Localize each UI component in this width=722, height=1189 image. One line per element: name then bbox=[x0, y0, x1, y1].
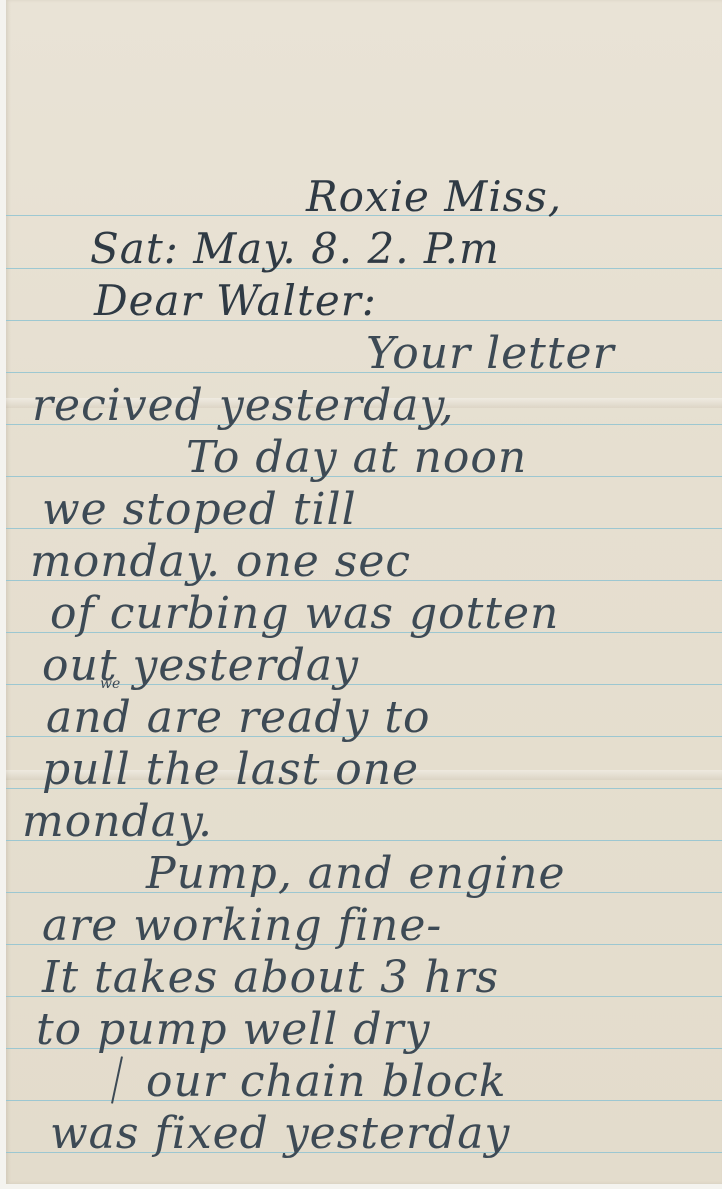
letter-line: to pump well dry bbox=[36, 1008, 430, 1052]
letter-line: Your letter bbox=[366, 332, 615, 376]
letter-line: of curbing was gotten bbox=[50, 592, 559, 636]
letter-line: are working fine- bbox=[42, 904, 442, 948]
letter-line: It takes about 3 hrs bbox=[42, 956, 499, 1000]
letter-line: Pump, and engine bbox=[146, 852, 566, 896]
letter-line: we stoped till bbox=[42, 488, 357, 532]
letter-line: was fixed yesterday bbox=[50, 1112, 510, 1156]
letter-line: To day at noon bbox=[186, 436, 527, 480]
letter-place: Roxie Miss, bbox=[306, 176, 562, 218]
letter-salutation: Dear Walter: bbox=[94, 280, 377, 322]
letter-line: monday. bbox=[22, 800, 213, 844]
letter-page: Roxie Miss, Sat: May. 8. 2. P.m Dear Wal… bbox=[6, 0, 722, 1184]
letter-line: our chain block bbox=[146, 1060, 507, 1104]
letter-line: pull the last one bbox=[42, 748, 419, 792]
letter-insertion: we bbox=[100, 676, 120, 692]
letter-line: and are ready to bbox=[46, 696, 431, 740]
ink-stroke bbox=[111, 1056, 123, 1103]
letter-dateline: Sat: May. 8. 2. P.m bbox=[90, 228, 500, 270]
letter-line: monday. one sec bbox=[30, 540, 411, 584]
letter-line: out yesterday bbox=[42, 644, 359, 688]
letter-line: recived yesterday, bbox=[32, 384, 454, 428]
